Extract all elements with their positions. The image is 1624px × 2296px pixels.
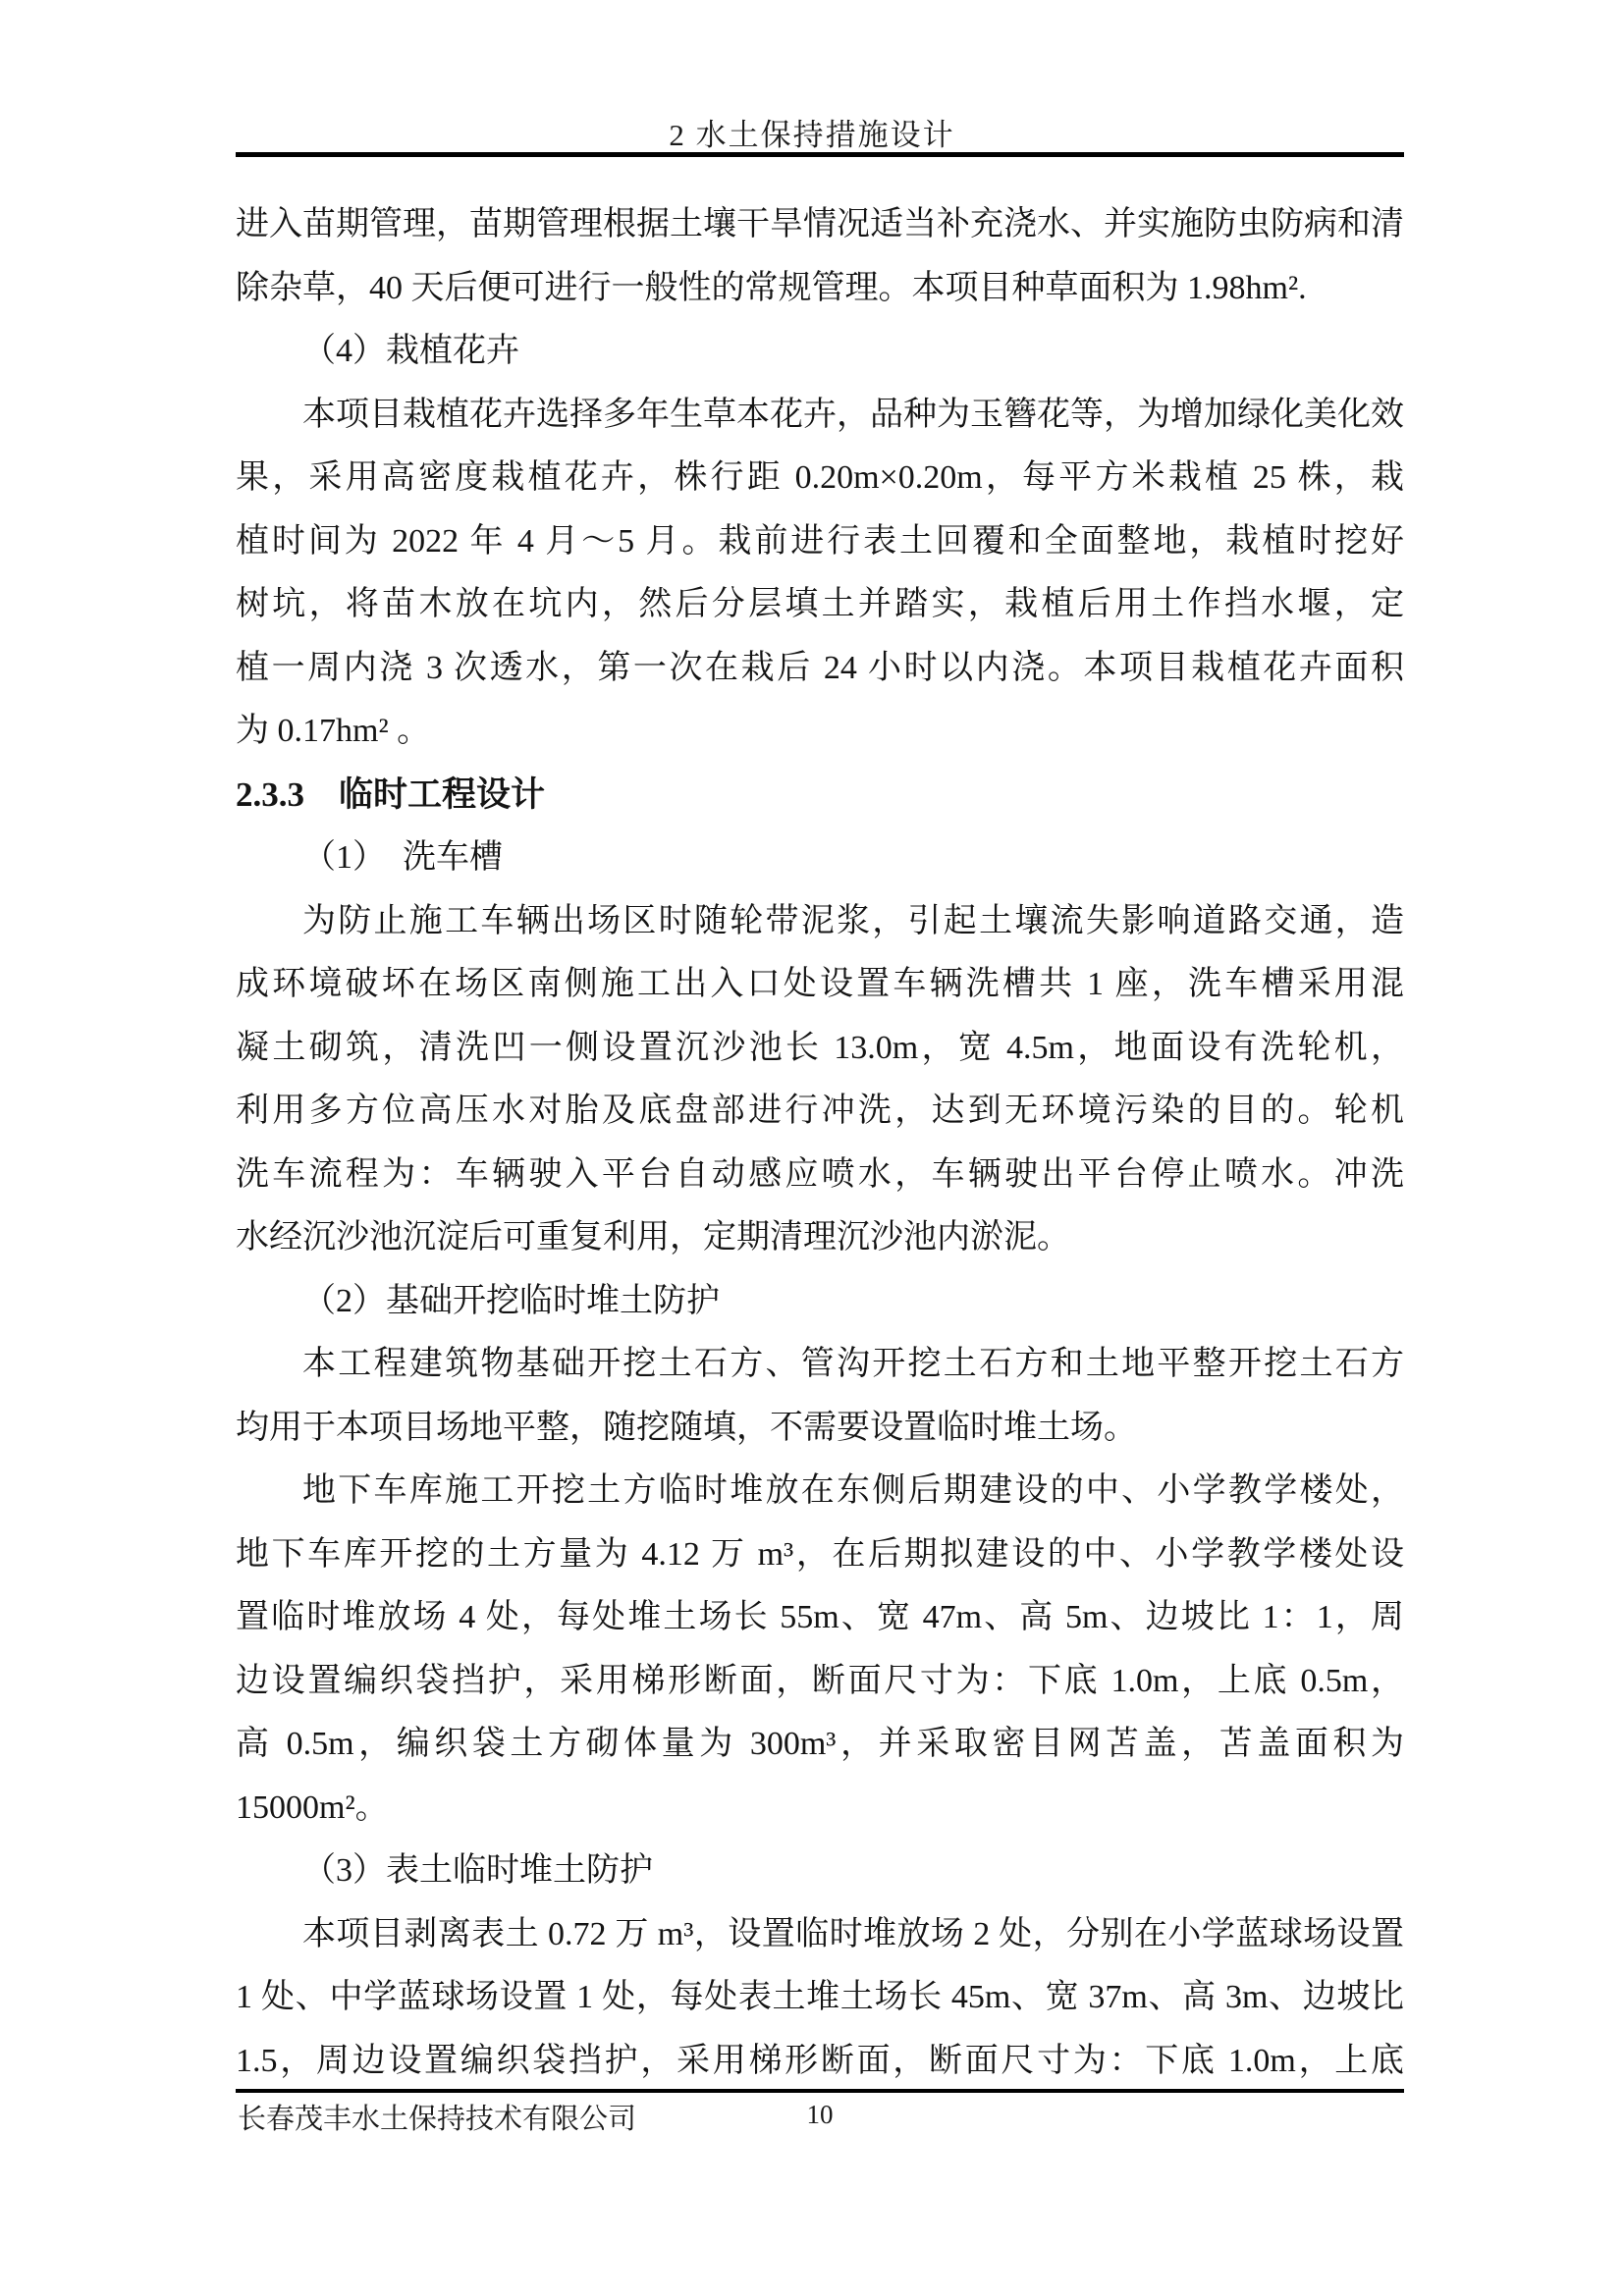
document-body: 进入苗期管理，苗期管理根据土壤干旱情况适当补充浇水、并实施防虫防病和清 除杂草，… xyxy=(236,193,1404,2093)
text-line: 树坑，将苗木放在坑内，然后分层填土并踏实，栽植后用土作挡水堰，定 xyxy=(236,573,1404,637)
list-item-label: （4）栽植花卉 xyxy=(236,320,1404,384)
text-line: 1.5，周边设置编织袋挡护，采用梯形断面，断面尺寸为：下底 1.0m，上底 0.… xyxy=(236,2030,1404,2094)
text-line: 高 0.5m，编织袋土方砌体量为 300m³，并采取密目网苫盖，苫盖面积为 xyxy=(236,1713,1404,1777)
text-line: 成环境破坏在场区南侧施工出入口处设置车辆洗槽共 1 座，洗车槽采用混 xyxy=(236,953,1404,1017)
text-line: 均用于本项目场地平整，随挖随填，不需要设置临时堆土场。 xyxy=(236,1397,1404,1461)
text-line: 为 0.17hm² 。 xyxy=(236,700,1404,764)
text-line: 水经沉沙池沉淀后可重复利用，定期清理沉沙池内淤泥。 xyxy=(236,1206,1404,1270)
footer-rule xyxy=(236,2089,1404,2093)
text-line: 地下车库开挖的土方量为 4.12 万 m³，在后期拟建设的中、小学教学楼处设 xyxy=(236,1523,1404,1587)
footer-page-number: 10 xyxy=(236,2100,1404,2130)
page-header-title: 2 水土保持措施设计 xyxy=(0,110,1624,154)
text-line: 边设置编织袋挡护，采用梯形断面，断面尺寸为：下底 1.0m，上底 0.5m， xyxy=(236,1650,1404,1714)
text-line: 1 处、中学蓝球场设置 1 处，每处表土堆土场长 45m、宽 37m、高 3m、… xyxy=(236,1966,1404,2030)
list-item-label: （1） 洗车槽 xyxy=(236,827,1404,890)
text-line: 洗车流程为：车辆驶入平台自动感应喷水，车辆驶出平台停止喷水。冲洗 xyxy=(236,1144,1404,1207)
text-line: 除杂草，40 天后便可进行一般性的常规管理。本项目种草面积为 1.98hm². xyxy=(236,257,1404,321)
list-item-label: （2）基础开挖临时堆土防护 xyxy=(236,1270,1404,1334)
header-rule xyxy=(236,152,1404,157)
text-line: 植时间为 2022 年 4 月～5 月。栽前进行表土回覆和全面整地，栽植时挖好 xyxy=(236,510,1404,574)
text-line: 果，采用高密度栽植花卉，株行距 0.20m×0.20m，每平方米栽植 25 株，… xyxy=(236,447,1404,510)
section-heading: 2.3.3 临时工程设计 xyxy=(236,764,1404,828)
text-line: 植一周内浇 3 次透水，第一次在栽后 24 小时以内浇。本项目栽植花卉面积 xyxy=(236,637,1404,701)
text-line: 本工程建筑物基础开挖土石方、管沟开挖土石方和土地平整开挖土石方 xyxy=(236,1333,1404,1397)
text-line: 置临时堆放场 4 处，每处堆土场长 55m、宽 47m、高 5m、边坡比 1：1… xyxy=(236,1586,1404,1650)
text-line: 本项目剥离表土 0.72 万 m³，设置临时堆放场 2 处，分别在小学蓝球场设置 xyxy=(236,1903,1404,1967)
text-line: 地下车库施工开挖土方临时堆放在东侧后期建设的中、小学教学楼处， xyxy=(236,1460,1404,1523)
text-line: 为防止施工车辆出场区时随轮带泥浆，引起土壤流失影响道路交通，造 xyxy=(236,890,1404,954)
text-line: 本项目栽植花卉选择多年生草本花卉，品种为玉簪花等，为增加绿化美化效 xyxy=(236,384,1404,448)
text-line: 15000m²。 xyxy=(236,1777,1404,1841)
text-line: 利用多方位高压水对胎及底盘部进行冲洗，达到无环境污染的目的。轮机 xyxy=(236,1080,1404,1144)
document-page: 2 水土保持措施设计 进入苗期管理，苗期管理根据土壤干旱情况适当补充浇水、并实施… xyxy=(0,0,1624,2296)
text-line: 凝土砌筑，清洗凹一侧设置沉沙池长 13.0m，宽 4.5m，地面设有洗轮机， xyxy=(236,1017,1404,1081)
list-item-label: （3）表土临时堆土防护 xyxy=(236,1840,1404,1903)
text-line: 进入苗期管理，苗期管理根据土壤干旱情况适当补充浇水、并实施防虫防病和清 xyxy=(236,193,1404,257)
